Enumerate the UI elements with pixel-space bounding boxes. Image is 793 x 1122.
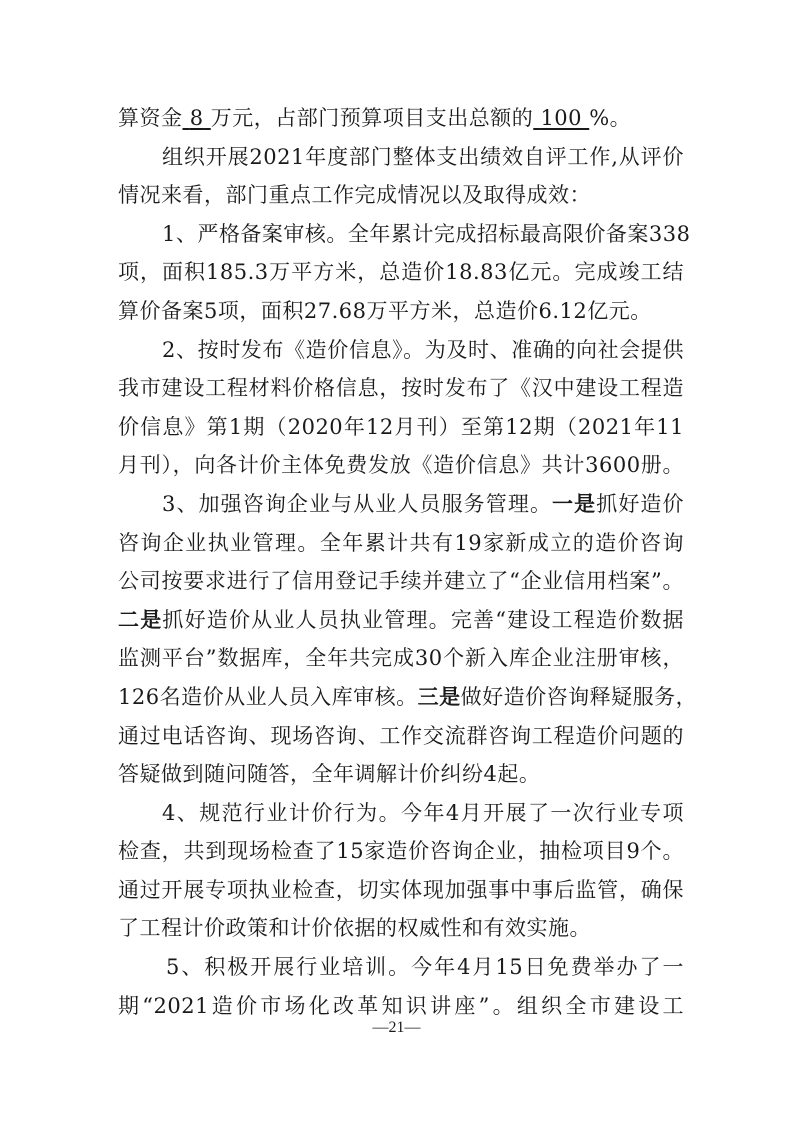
- bold-label: 一是: [552, 492, 596, 516]
- paragraph-line: 情况来看，部门重点工作完成情况以及取得成效：: [118, 176, 684, 215]
- paragraph-line: 答疑做到随问随答，全年调解计价纠纷4起。: [118, 755, 684, 794]
- paragraph-line: 4、规范行业计价行为。今年4月开展了一次行业专项: [118, 794, 684, 833]
- paragraph-line: 1、严格备案审核。全年累计完成招标最高限价备案338: [118, 215, 684, 254]
- paragraph-line: 了工程计价政策和计价依据的权威性和有效实施。: [118, 909, 684, 948]
- paragraph-line: 算资金 8 万元，占部门预算项目支出总额的 100 %。: [118, 99, 684, 138]
- paragraph-line: 2、按时发布《造价信息》。为及时、准确的向社会提供: [118, 331, 684, 370]
- document-body: 算资金 8 万元，占部门预算项目支出总额的 100 %。 组织开展2021年度部…: [118, 99, 684, 1025]
- text-run: 126名造价从业人员入库审核。: [118, 685, 418, 709]
- paragraph-line: 算价备案5项，面积27.68万平方米，总造价6.12亿元。: [118, 292, 684, 331]
- amount-blank: 8: [183, 106, 211, 130]
- percent-blank: 100: [533, 106, 589, 130]
- page-number: —21—: [0, 1019, 793, 1037]
- paragraph-line: 我市建设工程材料价格信息，按时发布了《汉中建设工程造: [118, 369, 684, 408]
- paragraph-line: 通过开展专项执业检查，切实体现加强事中事后监管，确保: [118, 871, 684, 910]
- paragraph-line: 公司按要求进行了信用登记手续并建立了“企业信用档案”。: [118, 562, 684, 601]
- paragraph-line: 监测平台”数据库，全年共完成30个新入库企业注册审核，: [118, 639, 684, 678]
- text-run: 万元，占部门预算项目支出总额的: [211, 106, 534, 130]
- text-run: 抓好造价: [596, 492, 684, 516]
- text-run: 抓好造价从业人员执业管理。完善“建设工程造价数据: [162, 608, 684, 632]
- paragraph-line: 5、积极开展行业培训。今年4月15日免费举办了一: [118, 948, 684, 987]
- text-run: %。: [589, 106, 631, 130]
- paragraph-line: 项，面积185.3万平方米，总造价18.83亿元。完成竣工结: [118, 253, 684, 292]
- text-run: 算资金: [118, 106, 183, 130]
- bold-label: 二是: [118, 608, 162, 632]
- text-run: 3、加强咨询企业与从业人员服务管理。: [162, 492, 552, 516]
- paragraph-line: 价信息》第1期（2020年12月刊）至第12期（2021年11: [118, 408, 684, 447]
- paragraph-line: 3、加强咨询企业与从业人员服务管理。一是抓好造价: [118, 485, 684, 524]
- paragraph-line: 咨询企业执业管理。全年累计共有19家新成立的造价咨询: [118, 524, 684, 563]
- paragraph-line: 组织开展2021年度部门整体支出绩效自评工作,从评价: [118, 138, 684, 177]
- paragraph-line: 126名造价从业人员入库审核。三是做好造价咨询释疑服务，: [118, 678, 684, 717]
- bold-label: 三是: [418, 685, 461, 709]
- text-run: 做好造价咨询释疑服务，: [461, 685, 698, 709]
- paragraph-line: 月刊），向各计价主体免费发放《造价信息》共计3600册。: [118, 446, 684, 485]
- paragraph-line: 通过电话咨询、现场咨询、工作交流群咨询工程造价问题的: [118, 717, 684, 756]
- paragraph-line: 二是抓好造价从业人员执业管理。完善“建设工程造价数据: [118, 601, 684, 640]
- paragraph-line: 检查，共到现场检查了15家造价咨询企业，抽检项目9个。: [118, 832, 684, 871]
